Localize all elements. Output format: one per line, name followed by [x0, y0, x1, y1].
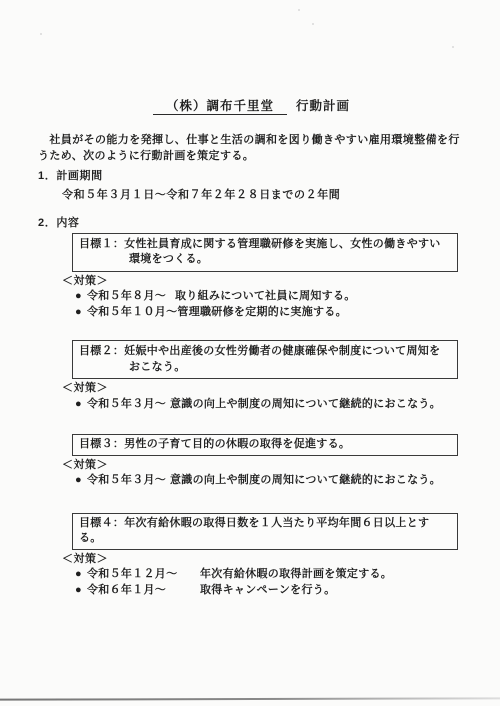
- measure-text: 取り組みについて社員に周知する。: [175, 290, 356, 302]
- scan-speck: [312, 23, 314, 25]
- measure-text: 管理職研修を定期的に実施する。: [177, 306, 347, 318]
- document-title: （株）調布千里堂行動計画: [38, 98, 465, 114]
- measure-row: ●令和５年３月～意識の向上や制度の周知について継続的におこなう。: [75, 397, 465, 413]
- measure-date: 令和５年１０月～: [87, 305, 177, 321]
- goal-box-1: 目標１：女性社員育成に関する管理職研修を実施し、女性の働きやすい 環境をつくる。: [72, 233, 458, 272]
- bullet-icon: ●: [75, 289, 87, 305]
- intro-line-1: 社員がその能力を発揮し、仕事と生活の調和を図り働きやすい雇用環境整備を行: [38, 133, 465, 149]
- goal-box-2: 目標２：妊娠中や出産後の女性労働者の健康確保や制度について周知を おこなう。: [72, 340, 458, 379]
- measure-date: 令和５年８月～: [87, 289, 175, 305]
- measure-date: 令和５年３月～: [87, 397, 170, 413]
- intro-paragraph: 社員がその能力を発揮し、仕事と生活の調和を図り働きやすい雇用環境整備を行 うため…: [38, 133, 465, 164]
- measure-row: ●令和５年１２月～年次有給休暇の取得計画を策定する。: [75, 567, 465, 583]
- measures-label-3: ＜対策＞: [62, 458, 465, 474]
- bullet-icon: ●: [75, 397, 87, 413]
- measure-row: ●令和５年３月～意識の向上や制度の周知について継続的におこなう。: [75, 473, 465, 489]
- document-page: （株）調布千里堂行動計画 社員がその能力を発揮し、仕事と生活の調和を図り働きやす…: [0, 0, 500, 706]
- measure-date: 令和６年１月～: [87, 583, 200, 599]
- measure-row: ●令和６年１月～取得キャンペーンを行う。: [75, 583, 465, 599]
- measure-date: 令和５年１２月～: [87, 567, 200, 583]
- section-heading-contents: 2．内容: [38, 216, 465, 232]
- scan-speck: [40, 33, 42, 35]
- scan-speck: [452, 46, 454, 48]
- measures-label-4: ＜対策＞: [62, 552, 465, 568]
- bullet-icon: ●: [75, 473, 87, 489]
- bullet-icon: ●: [75, 567, 87, 583]
- goal-3-line-1: 目標３：男性の子育て目的の休暇の取得を促進する。: [79, 437, 451, 453]
- goal-2-line-1: 目標２：妊娠中や出産後の女性労働者の健康確保や制度について周知を: [79, 344, 451, 360]
- goal-4-line-1: 目標４：年次有給休暇の取得日数を１人当たり平均年間６日以上とする。: [79, 516, 451, 547]
- goal-box-4: 目標４：年次有給休暇の取得日数を１人当たり平均年間６日以上とする。: [72, 513, 458, 550]
- goal-1-line-2: 環境をつくる。: [79, 252, 451, 268]
- scan-speck: [298, 9, 300, 11]
- measure-row: ●令和５年８月～取り組みについて社員に周知する。: [75, 289, 465, 305]
- section-heading-plan-period: 1．計画期間: [38, 169, 465, 185]
- measure-text: 意識の向上や制度の周知について継続的におこなう。: [170, 398, 441, 410]
- bullet-icon: ●: [75, 305, 87, 321]
- goal-1-line-1: 目標１：女性社員育成に関する管理職研修を実施し、女性の働きやすい: [79, 237, 451, 253]
- measure-text: 年次有給休暇の取得計画を策定する。: [200, 568, 392, 580]
- measure-text: 取得キャンペーンを行う。: [200, 584, 335, 596]
- measures-label-1: ＜対策＞: [62, 274, 465, 290]
- measures-label-2: ＜対策＞: [62, 381, 465, 397]
- bullet-icon: ●: [75, 583, 87, 599]
- goal-box-3: 目標３：男性の子育て目的の休暇の取得を促進する。: [72, 434, 458, 456]
- goal-2-line-2: おこなう。: [79, 360, 451, 376]
- plan-period-value: 令和５年３月１日～令和７年２年２８日までの２年間: [62, 188, 465, 204]
- company-name-underlined: （株）調布千里堂: [153, 99, 287, 115]
- intro-line-2: うため、次のように行動計画を策定する。: [38, 149, 465, 165]
- document-content: （株）調布千里堂行動計画 社員がその能力を発揮し、仕事と生活の調和を図り働きやす…: [0, 0, 500, 706]
- measure-date: 令和５年３月～: [87, 473, 170, 489]
- measure-row: ●令和５年１０月～管理職研修を定期的に実施する。: [75, 305, 465, 321]
- measure-text: 意識の向上や制度の周知について継続的におこなう。: [170, 474, 441, 486]
- doc-title-text: 行動計画: [296, 99, 350, 113]
